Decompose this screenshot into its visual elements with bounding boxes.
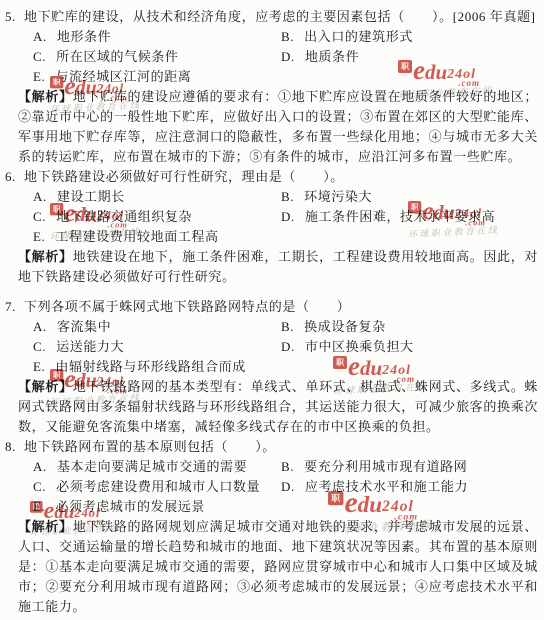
option-label: D. (281, 477, 295, 497)
options-row: A. 地形条件 B. 出入口的建筑形式 (5, 27, 538, 47)
options-row: A. 建设工期长 B. 环境污染大 (5, 187, 538, 207)
question-stem-row: 5. 地下贮库的建设，从技术和经济角度，应考虑的主要因素包括（ ）。[2006 … (5, 7, 538, 27)
option-text: 与流经城区江河的距离 (55, 67, 191, 87)
option-label: D. (281, 47, 295, 67)
analysis-paragraph: 【解析】地下铁路的路网规划应满足城市交通对地铁的要求，并考虑城市发展的远景、人口… (5, 517, 538, 617)
option-c: C. 必须考虑建设费用和城市人口数量 (33, 477, 281, 497)
question-stem-row: 6. 地下铁路建设必须做好可行性研究，理由是（ ）。 (5, 167, 538, 187)
option-label: B. (281, 457, 294, 477)
options-row: C. 运送能力大 D. 市中区换乘负担大 (5, 337, 538, 357)
option-label: B. (281, 187, 294, 207)
option-label: C. (33, 477, 46, 497)
analysis-paragraph: 【解析】地下贮库的建设应遵循的要求有：①地下贮库应设置在地质条件较好的地区；②靠… (5, 87, 538, 167)
option-label: E. (33, 357, 45, 377)
option-label: D. (281, 337, 295, 357)
option-text: 地形条件 (57, 27, 111, 47)
option-c: C. 运送能力大 (33, 337, 281, 357)
analysis-text: 地下铁路路网的基本类型有：单线式、单环式、棋盘式、蛛网式、多线式。蛛网式铁路网由… (18, 379, 538, 434)
options-row: C. 地下铁路交通组织复杂 D. 施工条件困难，技术水平要求高 (5, 207, 538, 227)
option-a: A. 客流集中 (33, 317, 281, 337)
option-label: C. (33, 47, 46, 67)
option-text: 市中区换乘负担大 (305, 337, 414, 357)
question-stem: 地下贮库的建设，从技术和经济角度，应考虑的主要因素包括（ ）。[2006 年真题… (24, 7, 538, 27)
option-b: B. 出入口的建筑形式 (281, 27, 538, 47)
option-b: B. 换成设备复杂 (281, 317, 538, 337)
analysis-label: 【解析】 (18, 89, 73, 104)
question-6-block: 6. 地下铁路建设必须做好可行性研究，理由是（ ）。 A. 建设工期长 B. 环… (5, 167, 538, 287)
option-label: A. (33, 27, 47, 47)
option-text: 工程建设费用较地面工程高 (55, 227, 218, 247)
option-label: C. (33, 207, 46, 227)
question-number: 6. (5, 167, 24, 187)
option-text: 应考虑技术水平和施工能力 (305, 477, 468, 497)
question-number: 8. (5, 437, 24, 457)
options-row: A. 客流集中 B. 换成设备复杂 (5, 317, 538, 337)
option-text: 出入口的建筑形式 (304, 27, 413, 47)
question-stem-row: 7. 下列各项不属于蛛网式地下铁路路网特点的是（ ） (5, 297, 538, 317)
option-d: D. 施工条件困难，技术水平要求高 (281, 207, 538, 227)
option-label: D. (281, 207, 295, 227)
option-text: 由辐射线路与环形线路组合而成 (55, 357, 245, 377)
option-text: 建设工期长 (57, 187, 125, 207)
option-text: 必须考虑建设费用和城市人口数量 (56, 477, 260, 497)
option-c: C. 地下铁路交通组织复杂 (33, 207, 281, 227)
option-text: 基本走向要满足城市交通的需要 (57, 457, 247, 477)
analysis-text: 地下贮库的建设应遵循的要求有：①地下贮库应设置在地质条件较好的地区；②靠近市中心… (18, 89, 538, 164)
option-text: 运送能力大 (56, 337, 124, 357)
option-a: A. 基本走向要满足城市交通的需要 (33, 457, 281, 477)
option-d: D. 市中区换乘负担大 (281, 337, 538, 357)
options-row: C. 必须考虑建设费用和城市人口数量 D. 应考虑技术水平和施工能力 (5, 477, 538, 497)
option-text: 换成设备复杂 (304, 317, 386, 337)
option-text: 施工条件困难，技术水平要求高 (305, 207, 495, 227)
option-e: E. 必须考虑城市的发展远景 (33, 497, 538, 517)
option-label: B. (281, 27, 294, 47)
question-stem: 地下铁路建设必须做好可行性研究，理由是（ ）。 (24, 167, 538, 187)
question-number: 7. (5, 297, 24, 317)
options-row: C. 所在区域的气候条件 D. 地质条件 (5, 47, 538, 67)
option-label: A. (33, 187, 47, 207)
analysis-text: 地下铁路的路网规划应满足城市交通对地铁的要求，并考虑城市发展的远景、人口、交通运… (18, 519, 538, 614)
analysis-paragraph: 【解析】地下铁路路网的基本类型有：单线式、单环式、棋盘式、蛛网式、多线式。蛛网式… (5, 377, 538, 437)
option-text: 地下铁路交通组织复杂 (56, 207, 192, 227)
question-5-block: 5. 地下贮库的建设，从技术和经济角度，应考虑的主要因素包括（ ）。[2006 … (5, 7, 538, 167)
option-c: C. 所在区域的气候条件 (33, 47, 281, 67)
question-8-block: 8. 地下铁路网布置的基本原则包括（ ）。 A. 基本走向要满足城市交通的需要 … (5, 437, 538, 617)
question-stem: 地下铁路网布置的基本原则包括（ ）。 (24, 437, 538, 457)
analysis-label: 【解析】 (18, 519, 73, 534)
option-text: 地质条件 (305, 47, 359, 67)
option-b: B. 要充分利用城市现有道路网 (281, 457, 538, 477)
options-row: E. 与流经城区江河的距离 (5, 67, 538, 87)
option-a: A. 地形条件 (33, 27, 281, 47)
question-number: 5. (5, 7, 24, 27)
option-label: C. (33, 337, 46, 357)
option-e: E. 与流经城区江河的距离 (33, 67, 538, 87)
option-d: D. 地质条件 (281, 47, 538, 67)
option-label: E. (33, 67, 45, 87)
option-e: E. 由辐射线路与环形线路组合而成 (33, 357, 538, 377)
option-a: A. 建设工期长 (33, 187, 281, 207)
options-row: A. 基本走向要满足城市交通的需要 B. 要充分利用城市现有道路网 (5, 457, 538, 477)
question-stem-row: 8. 地下铁路网布置的基本原则包括（ ）。 (5, 437, 538, 457)
options-row: E. 工程建设费用较地面工程高 (5, 227, 538, 247)
options-row: E. 必须考虑城市的发展远景 (5, 497, 538, 517)
analysis-label: 【解析】 (18, 379, 73, 394)
exam-document-page: 5. 地下贮库的建设，从技术和经济角度，应考虑的主要因素包括（ ）。[2006 … (0, 0, 544, 620)
option-b: B. 环境污染大 (281, 187, 538, 207)
option-label: B. (281, 317, 294, 337)
question-7-block: 7. 下列各项不属于蛛网式地下铁路路网特点的是（ ） A. 客流集中 B. 换成… (5, 297, 538, 437)
option-d: D. 应考虑技术水平和施工能力 (281, 477, 538, 497)
question-stem: 下列各项不属于蛛网式地下铁路路网特点的是（ ） (24, 297, 538, 317)
option-label: E. (33, 497, 45, 517)
options-row: E. 由辐射线路与环形线路组合而成 (5, 357, 538, 377)
option-label: E. (33, 227, 45, 247)
analysis-text: 地铁建设在地下，施工条件困难，工期长，工程建设费用较地面高。因此，对地下铁路建设… (18, 249, 538, 284)
analysis-paragraph: 【解析】地铁建设在地下，施工条件困难，工期长，工程建设费用较地面高。因此，对地下… (5, 247, 538, 287)
option-text: 环境污染大 (304, 187, 372, 207)
option-text: 客流集中 (57, 317, 111, 337)
option-label: A. (33, 457, 47, 477)
analysis-label: 【解析】 (18, 249, 73, 264)
option-text: 所在区域的气候条件 (56, 47, 178, 67)
option-e: E. 工程建设费用较地面工程高 (33, 227, 538, 247)
option-text: 必须考虑城市的发展远景 (55, 497, 205, 517)
option-text: 要充分利用城市现有道路网 (304, 457, 467, 477)
option-label: A. (33, 317, 47, 337)
